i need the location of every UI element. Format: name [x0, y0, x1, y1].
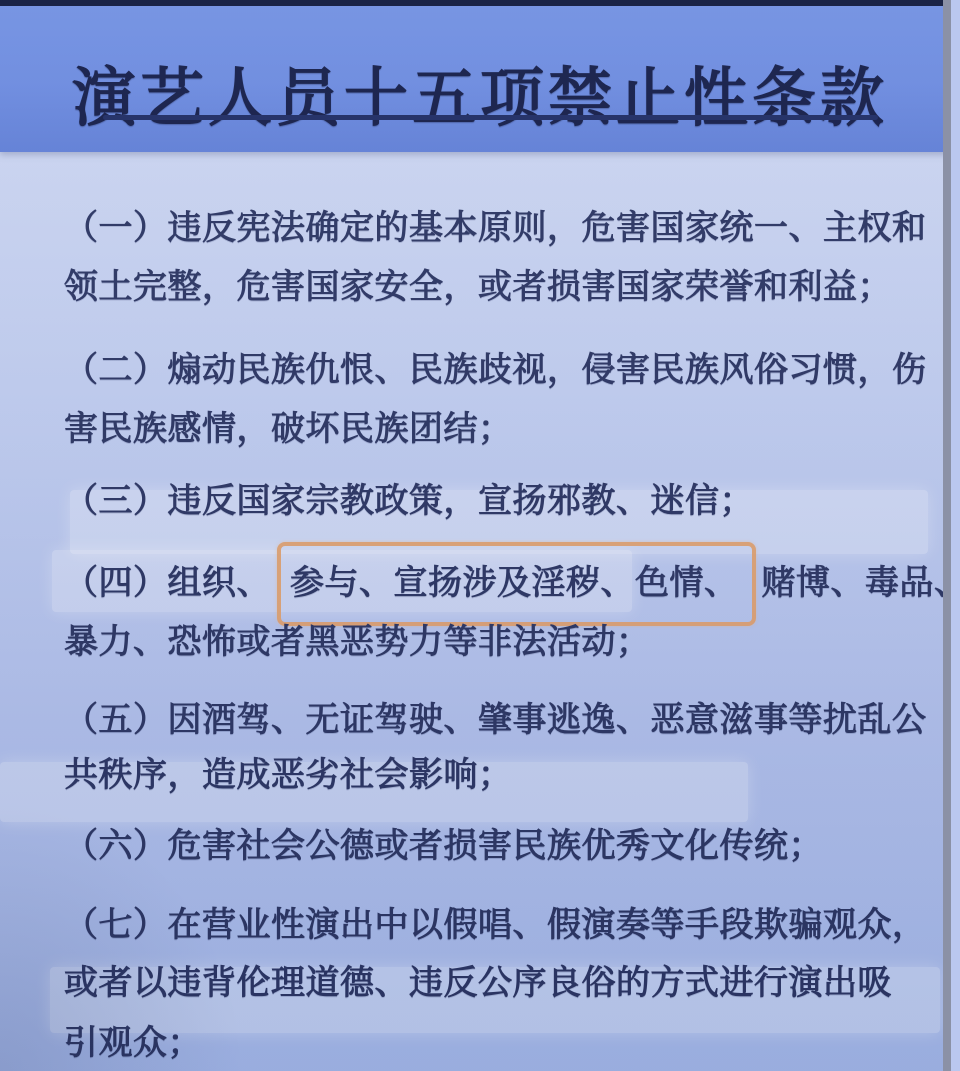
clause-4-line-1: （四）组织、参与、宣扬涉及淫秽、色情、赌博、毒品、 [64, 563, 944, 603]
clause-7-line-3: 引观众； [64, 1023, 944, 1063]
title-banner: 演艺人员十五项禁止性条款 [0, 0, 960, 152]
clause-4-text-before-box: （四）组织、 [64, 564, 271, 602]
clause-1-line-2: 领土完整，危害国家安全，或者损害国家荣誉和利益； [64, 267, 944, 307]
clause-4-text-after-box: 赌博、毒品、 [762, 564, 960, 602]
clause-6-line-1: （六）危害社会公德或者损害民族优秀文化传统； [64, 826, 944, 866]
right-edge-blue-strip [951, 0, 960, 1071]
clause-7-line-2: 或者以违背伦理道德、违反公序良俗的方式进行演出吸 [64, 963, 944, 1003]
clause-5-line-1: （五）因酒驾、无证驾驶、肇事逃逸、恶意滋事等扰乱公 [64, 700, 944, 740]
top-edge-strip [0, 0, 960, 6]
highlight-box: 参与、宣扬涉及淫秽、色情、 [277, 542, 756, 626]
clause-5-line-2: 共秩序，造成恶劣社会影响； [64, 755, 944, 795]
clause-7-line-1: （七）在营业性演出中以假唱、假演奏等手段欺骗观众， [64, 905, 944, 945]
poster-page: 演艺人员十五项禁止性条款 （一）违反宪法确定的基本原则，危害国家统一、主权和 领… [0, 0, 960, 1071]
right-edge-gray-strip [943, 0, 951, 1071]
page-title: 演艺人员十五项禁止性条款 [0, 59, 960, 137]
clause-2-line-1: （二）煽动民族仇恨、民族歧视，侵害民族风俗习惯，伤 [64, 350, 944, 390]
title-underline [103, 115, 878, 120]
clause-1-line-1: （一）违反宪法确定的基本原则，危害国家统一、主权和 [64, 208, 944, 248]
clause-3-line-1: （三）违反国家宗教政策，宣扬邪教、迷信； [64, 481, 944, 521]
clause-4-line-2: 暴力、恐怖或者黑恶势力等非法活动； [64, 622, 944, 662]
clause-2-line-2: 害民族感情，破坏民族团结； [64, 409, 944, 449]
